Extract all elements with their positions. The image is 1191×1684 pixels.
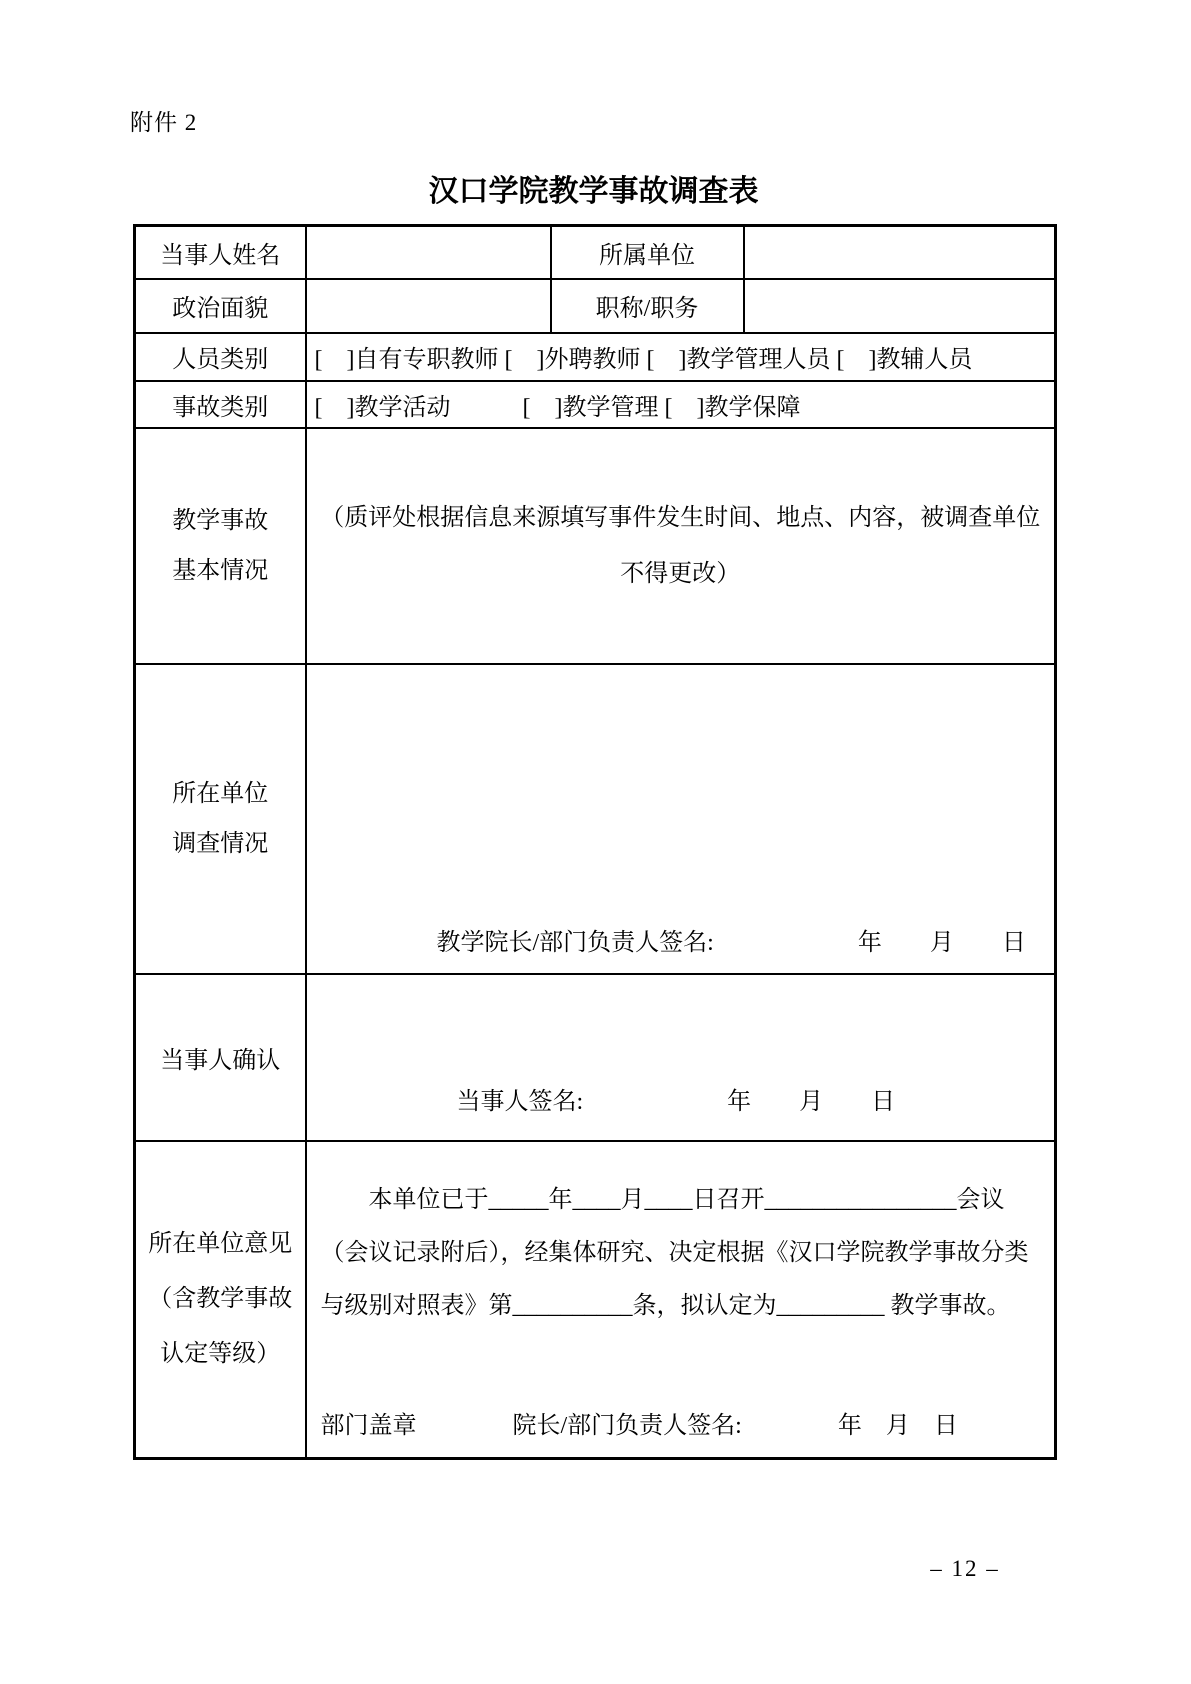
party-name-value-cell	[306, 226, 551, 279]
table-row-personnel-category: 人员类别 [ ]自有专职教师 [ ]外聘教师 [ ]教学管理人员 [ ]教辅人员	[135, 333, 1056, 381]
table-row-unit-investigation: 所在单位 调查情况 教学院长/部门负责人签名: 年 月 日	[135, 664, 1056, 974]
unit-opinion-body-line1: 本单位已于_____年____月____日召开________________会…	[321, 1174, 1043, 1227]
unit-value-cell	[744, 226, 1056, 279]
unit-investigation-label: 所在单位 调查情况	[135, 664, 306, 974]
party-name-label: 当事人姓名	[135, 226, 306, 279]
political-status-value-cell	[306, 279, 551, 333]
accident-category-label: 事故类别	[135, 381, 306, 428]
table-row-unit-opinion: 所在单位意见 （含教学事故 认定等级） 本单位已于_____年____月____…	[135, 1141, 1056, 1459]
accident-basic-info-label: 教学事故 基本情况	[135, 428, 306, 664]
unit-opinion-label-line2: （含教学事故	[136, 1272, 305, 1327]
unit-opinion-label-line3: 认定等级）	[136, 1327, 305, 1382]
table-row-accident-basic-info: 教学事故 基本情况 （质评处根据信息来源填写事件发生时间、地点、内容，被调查单位…	[135, 428, 1056, 664]
party-confirmation-label: 当事人确认	[135, 974, 306, 1141]
party-signature-line: 当事人签名: 年 月 日	[307, 1081, 1055, 1140]
unit-label: 所属单位	[551, 226, 744, 279]
personnel-category-label: 人员类别	[135, 333, 306, 381]
unit-investigation-label-line1: 所在单位	[136, 769, 305, 819]
attachment-label: 附件 2	[130, 104, 197, 137]
document-page: { "page": { "attachment_label": "附件 2", …	[0, 0, 1191, 1684]
accident-basic-info-label-line2: 基本情况	[136, 546, 305, 596]
unit-investigation-content-cell: 教学院长/部门负责人签名: 年 月 日	[306, 664, 1056, 974]
party-confirmation-content-cell: 当事人签名: 年 月 日	[306, 974, 1056, 1141]
page-title: 汉口学院教学事故调查表	[133, 166, 1054, 210]
table-row-accident-category: 事故类别 [ ]教学活动 [ ]教学管理 [ ]教学保障	[135, 381, 1056, 428]
unit-opinion-label: 所在单位意见 （含教学事故 认定等级）	[135, 1141, 306, 1459]
accident-basic-info-label-line1: 教学事故	[136, 496, 305, 546]
table-row-party-confirmation: 当事人确认 当事人签名: 年 月 日	[135, 974, 1056, 1141]
job-title-value-cell	[744, 279, 1056, 333]
accident-basic-info-note-cell: （质评处根据信息来源填写事件发生时间、地点、内容，被调查单位 不得更改）	[306, 428, 1056, 664]
unit-opinion-body-line3: 与级别对照表》第__________条，拟认定为_________ 教学事故。	[321, 1280, 1043, 1333]
dean-signature-line: 教学院长/部门负责人签名: 年 月 日	[307, 922, 1055, 973]
accident-basic-info-note-line2: 不得更改）	[307, 546, 1055, 602]
unit-investigation-label-line2: 调查情况	[136, 819, 305, 869]
accident-investigation-form-table: 当事人姓名 所属单位 政治面貌 职称/职务 人员类别 [ ]自有专职教师 [ ]…	[133, 224, 1057, 1460]
personnel-category-options-cell: [ ]自有专职教师 [ ]外聘教师 [ ]教学管理人员 [ ]教辅人员	[306, 333, 1056, 381]
accident-category-options-cell: [ ]教学活动 [ ]教学管理 [ ]教学保障	[306, 381, 1056, 428]
personnel-category-options: [ ]自有专职教师 [ ]外聘教师 [ ]教学管理人员 [ ]教辅人员	[307, 339, 1055, 374]
unit-opinion-body-line2: （会议记录附后），经集体研究、决定根据《汉口学院教学事故分类	[321, 1227, 1043, 1280]
table-row-party-name: 当事人姓名 所属单位	[135, 226, 1056, 279]
unit-opinion-label-line1: 所在单位意见	[136, 1217, 305, 1272]
page-number: – 12 –	[905, 1556, 1025, 1582]
political-status-label: 政治面貌	[135, 279, 306, 333]
table-row-political-status: 政治面貌 职称/职务	[135, 279, 1056, 333]
seal-and-signature-line: 部门盖章 院长/部门负责人签名: 年 月 日	[307, 1405, 1055, 1454]
unit-opinion-content-cell: 本单位已于_____年____月____日召开________________会…	[306, 1141, 1056, 1459]
job-title-label: 职称/职务	[551, 279, 744, 333]
accident-basic-info-note-line1: （质评处根据信息来源填写事件发生时间、地点、内容，被调查单位	[307, 490, 1055, 546]
accident-category-options: [ ]教学活动 [ ]教学管理 [ ]教学保障	[307, 387, 1055, 422]
